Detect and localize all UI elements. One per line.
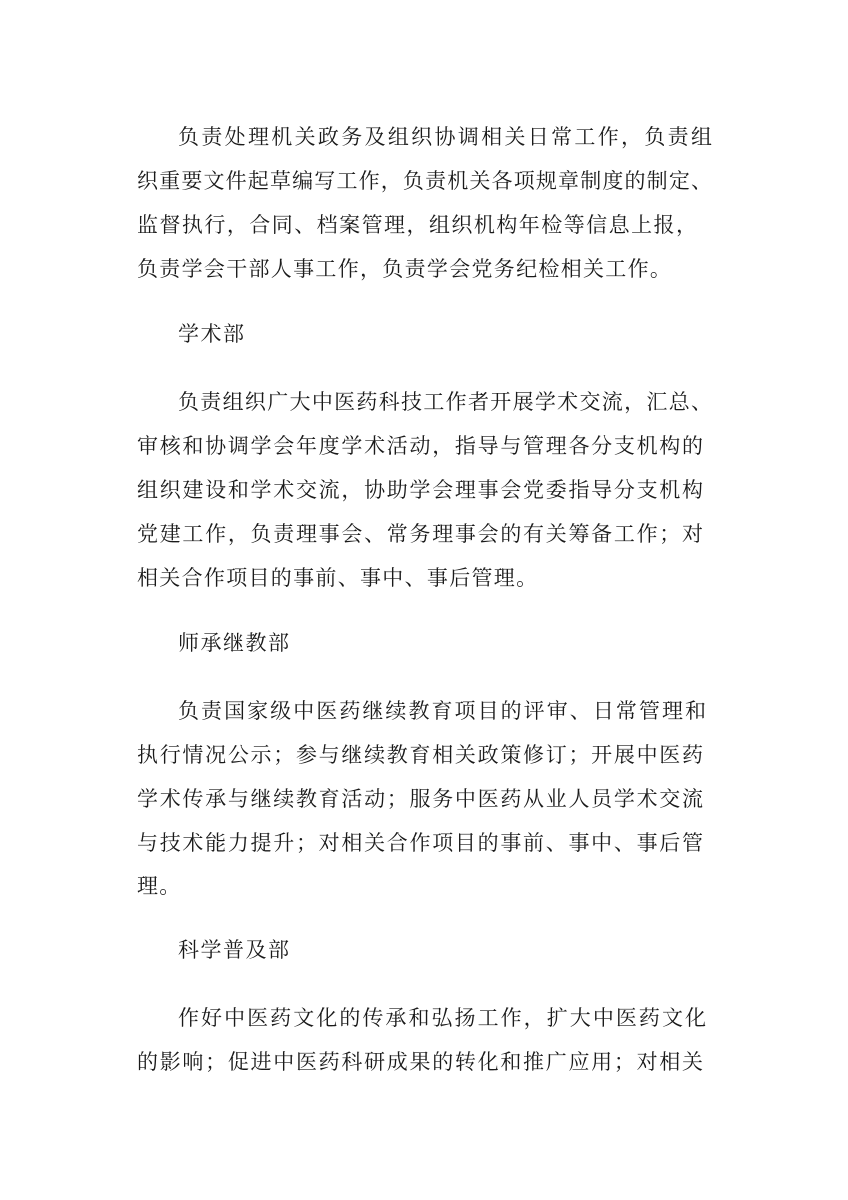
paragraph-line: 作好中医药文化的传承和弘扬工作，扩大中医药文化 bbox=[178, 1003, 706, 1033]
paragraph-line: 理。 bbox=[137, 871, 712, 901]
paragraph-line: 学术传承与继续教育活动；服务中医药从业人员学术交流 bbox=[137, 784, 703, 814]
paragraph-line: 织重要文件起草编写工作，负责机关各项规章制度的制定、 bbox=[137, 166, 712, 196]
paragraph-line: 的影响；促进中医药科研成果的转化和推广应用；对相关 bbox=[137, 1047, 703, 1077]
paragraph-line: 与技术能力提升；对相关合作项目的事前、事中、事后管 bbox=[137, 828, 703, 858]
paragraph-line: 相关合作项目的事前、事中、事后管理。 bbox=[137, 563, 712, 593]
section-heading-academic: 学术部 bbox=[178, 319, 246, 349]
paragraph-line: 党建工作，负责理事会、常务理事会的有关筹备工作；对 bbox=[137, 519, 703, 549]
paragraph-line: 负责组织广大中医药科技工作者开展学术交流，汇总、 bbox=[178, 387, 712, 417]
document-page: 负责处理机关政务及组织协调相关日常工作，负责组 织重要文件起草编写工作，负责机关… bbox=[0, 0, 848, 1200]
section-heading-mentorship-education: 师承继教部 bbox=[178, 628, 291, 658]
paragraph-line: 负责学会干部人事工作，负责学会党务纪检相关工作。 bbox=[137, 254, 712, 284]
paragraph-line: 审核和协调学会年度学术活动，指导与管理各分支机构的 bbox=[137, 431, 703, 461]
paragraph-line: 执行情况公示；参与继续教育相关政策修订；开展中医药 bbox=[137, 740, 703, 770]
section-heading-science-popularization: 科学普及部 bbox=[178, 935, 291, 965]
paragraph-line: 负责处理机关政务及组织协调相关日常工作，负责组 bbox=[178, 122, 712, 152]
paragraph-line: 监督执行，合同、档案管理，组织机构年检等信息上报， bbox=[137, 210, 697, 240]
paragraph-line: 负责国家级中医药继续教育项目的评审、日常管理和 bbox=[178, 696, 706, 726]
paragraph-line: 组织建设和学术交流，协助学会理事会党委指导分支机构 bbox=[137, 475, 703, 505]
